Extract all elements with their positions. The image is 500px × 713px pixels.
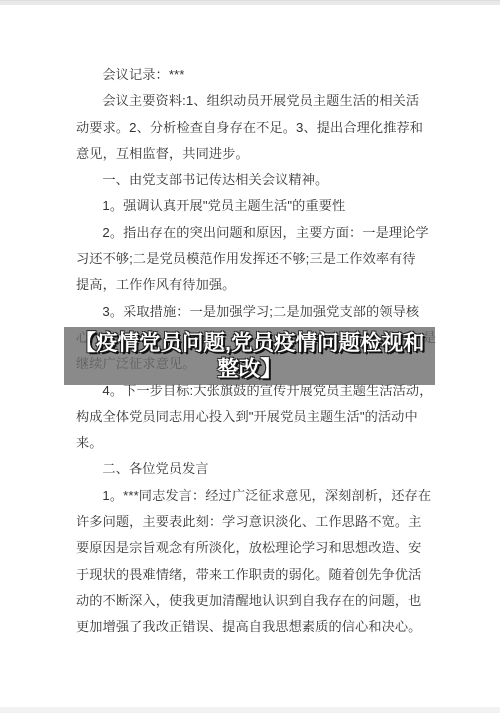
text-line: 提高，工作作风有待加强。 — [76, 272, 436, 298]
text-line: 于现状的畏难情绪，带来工作职责的弱化。随着创先争优活 — [76, 562, 436, 588]
text-line: 动的不断深入，使我更加清醒地认识到自我存在的问题，也 — [76, 588, 436, 614]
text-line: 一、由党支部书记传达相关会议精神。 — [76, 167, 436, 193]
text-line: 二、各位党员发言 — [76, 456, 436, 482]
text-line: 更加增强了我改正错误、提高自我思想素质的信心和决心。 — [76, 614, 436, 640]
text-line: 许多问题，主要表此刻：学习意识淡化、工作思路不宽。主 — [76, 509, 436, 535]
text-line: 来。 — [76, 430, 436, 456]
text-line: 1。强调认真开展"党员主题生活"的重要性 — [76, 193, 436, 219]
text-line: 构成全体党员同志用心投入到"开展党员主题生活"的活动中 — [76, 404, 436, 430]
text-line: 1。***同志发言：经过广泛征求意见，深刻剖析，还存在 — [76, 483, 436, 509]
top-edge-strip — [0, 0, 500, 5]
text-line: 意见，互相监督，共同进步。 — [76, 141, 436, 167]
text-line: 会议主要资料:1、组织动员开展党员主题生活的相关活 — [76, 88, 436, 114]
text-line: 会议记录：*** — [76, 62, 436, 88]
text-line: 习还不够;二是党员模范作用发挥还不够;三是工作效率有待 — [76, 246, 436, 272]
text-line: 2。指出存在的突出问题和原因，主要方面：一是理论学 — [76, 220, 436, 246]
text-line: 动要求。2、分析检查自身存在不足。3、提出合理化推荐和 — [76, 115, 436, 141]
bottom-edge-strip — [0, 707, 500, 713]
text-line: 3。采取措施：一是加强学习;二是加强党支部的领导核 — [76, 299, 436, 325]
overlay-title-line2: 整改】 — [64, 356, 435, 382]
overlay-title-line1: 【疫情党员问题,党员疫情问题检视和 — [64, 330, 435, 356]
title-overlay-banner: 【疫情党员问题,党员疫情问题检视和 整改】 — [64, 327, 435, 385]
text-line: 要原因是宗旨观念有所淡化，放松理论学习和思想改造、安 — [76, 535, 436, 561]
